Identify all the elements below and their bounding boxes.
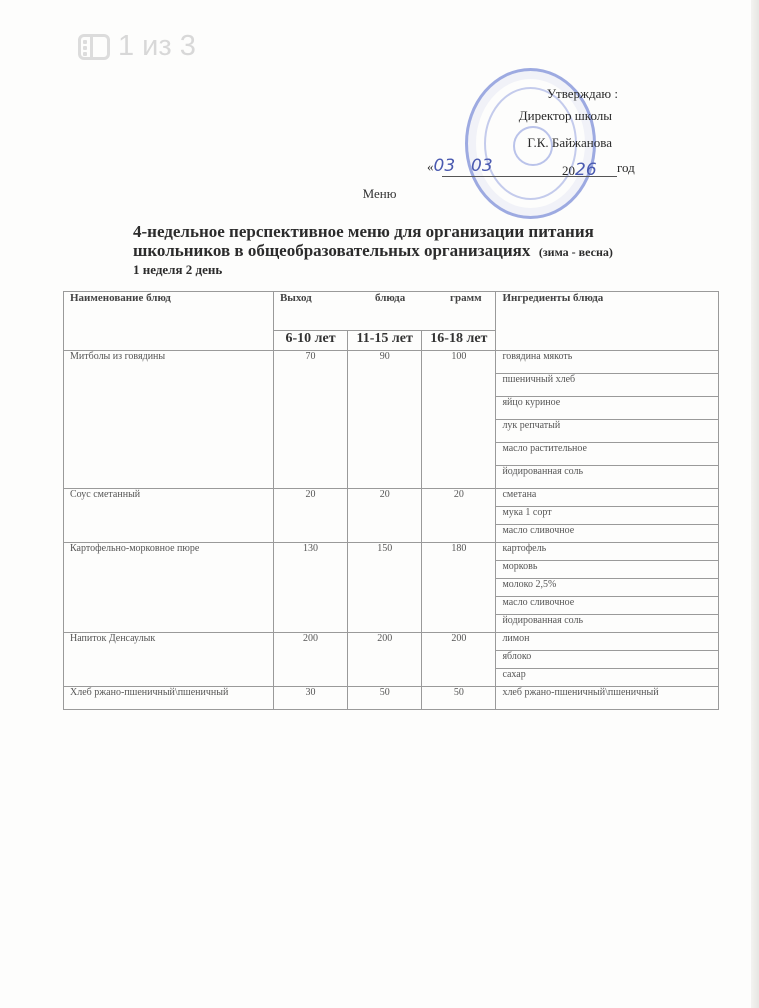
- date-year: 2026: [562, 160, 597, 180]
- ingredient: лук репчатый: [496, 420, 719, 443]
- ingredient: морковь: [496, 561, 719, 579]
- dish-yield: 90: [348, 351, 422, 489]
- dish-name: Хлеб ржано-пшеничный\пшеничный: [64, 687, 274, 710]
- approver-name: Г.К. Байжанова: [527, 135, 612, 151]
- dish-name: Напиток Денсаулык: [64, 633, 274, 687]
- dish-yield: 200: [348, 633, 422, 687]
- ingredient: яйцо куриное: [496, 397, 719, 420]
- season-label: (зима - весна): [539, 245, 613, 259]
- page-edge: [751, 0, 759, 1008]
- document-title: 4-недельное перспективное меню для орган…: [133, 222, 613, 262]
- table-row: Митболы из говядины7090100говядина мякот…: [64, 351, 719, 374]
- header-age-16-18: 16-18 лет: [422, 331, 496, 351]
- approver-position: Директор школы: [519, 108, 612, 124]
- header-ingredients: Ингредиенты блюда: [496, 292, 719, 351]
- page-counter: 1 из 3: [118, 30, 196, 63]
- ingredient: масло сливочное: [496, 525, 719, 543]
- week-day-label: 1 неделя 2 день: [133, 262, 222, 278]
- dish-yield: 100: [422, 351, 496, 489]
- table-row: Картофельно-морковное пюре130150180карто…: [64, 543, 719, 561]
- dish-name: Картофельно-морковное пюре: [64, 543, 274, 633]
- dish-yield: 130: [273, 543, 347, 633]
- date-day: «03: [427, 156, 455, 176]
- dish-yield: 50: [422, 687, 496, 710]
- dish-yield: 20: [422, 489, 496, 543]
- dish-name: Соус сметанный: [64, 489, 274, 543]
- ingredient: говядина мякоть: [496, 351, 719, 374]
- ingredient: сахар: [496, 669, 719, 687]
- table-row: Соус сметанный202020сметана: [64, 489, 719, 507]
- dish-yield: 200: [422, 633, 496, 687]
- dish-yield: 180: [422, 543, 496, 633]
- title-line-2: школьников в общеобразовательных организ…: [133, 241, 613, 262]
- menu-label: Меню: [0, 186, 759, 202]
- header-age-6-10: 6-10 лет: [273, 331, 347, 351]
- header-dish-name: Наименование блюд: [64, 292, 274, 351]
- ingredient: яблоко: [496, 651, 719, 669]
- ingredient: хлеб ржано-пшеничный\пшеничный: [496, 687, 719, 710]
- approval-heading: Утверждаю :: [547, 86, 618, 102]
- dish-name: Митболы из говядины: [64, 351, 274, 489]
- ingredient: масло сливочное: [496, 597, 719, 615]
- sidebar-pages-icon[interactable]: [78, 34, 110, 60]
- ingredient: йодированная соль: [496, 615, 719, 633]
- title-line-1: 4-недельное перспективное меню для орган…: [133, 222, 613, 241]
- ingredient: картофель: [496, 543, 719, 561]
- page-indicator[interactable]: 1 из 3: [78, 30, 196, 63]
- dish-yield: 200: [273, 633, 347, 687]
- ingredient: мука 1 сорт: [496, 507, 719, 525]
- ingredient: йодированная соль: [496, 466, 719, 489]
- ingredient: пшеничный хлеб: [496, 374, 719, 397]
- ingredient: сметана: [496, 489, 719, 507]
- ingredient: лимон: [496, 633, 719, 651]
- date-month: 03: [471, 156, 493, 176]
- header-age-11-15: 11-15 лет: [348, 331, 422, 351]
- header-yield: Выходблюдаграмм: [273, 292, 495, 331]
- date-suffix: год: [617, 160, 635, 176]
- dish-yield: 20: [273, 489, 347, 543]
- menu-table: Наименование блюд Выходблюдаграмм Ингред…: [63, 291, 719, 710]
- dish-yield: 30: [273, 687, 347, 710]
- dish-yield: 50: [348, 687, 422, 710]
- dish-yield: 70: [273, 351, 347, 489]
- dish-yield: 150: [348, 543, 422, 633]
- date-underline: [442, 176, 617, 177]
- ingredient: молоко 2,5%: [496, 579, 719, 597]
- table-row: Хлеб ржано-пшеничный\пшеничный305050хлеб…: [64, 687, 719, 710]
- ingredient: масло растительное: [496, 443, 719, 466]
- table-row: Напиток Денсаулык200200200лимон: [64, 633, 719, 651]
- dish-yield: 20: [348, 489, 422, 543]
